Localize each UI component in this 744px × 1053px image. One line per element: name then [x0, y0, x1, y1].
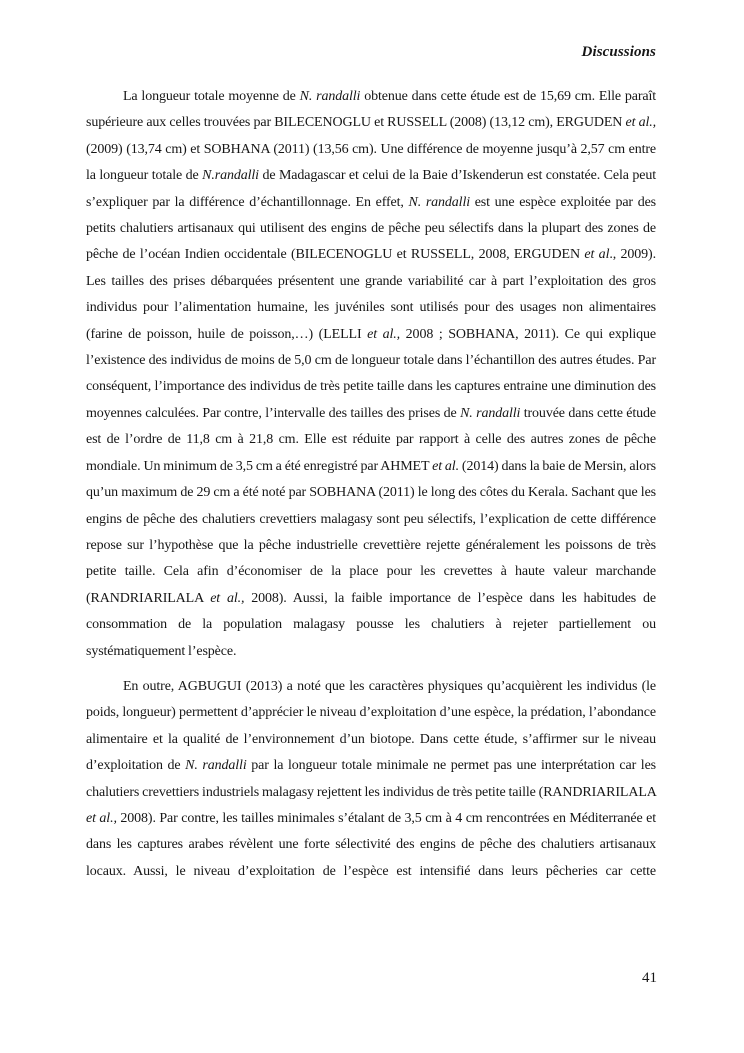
- document-page: Discussions La longueur totale moyenne d…: [0, 0, 744, 1053]
- document-body: La longueur totale moyenne de N. randall…: [86, 84, 656, 885]
- paragraph-exploitation-level: En outre, AGBUGUI (2013) a noté que les …: [86, 674, 656, 885]
- paragraph-mean-total-length: La longueur totale moyenne de N. randall…: [86, 84, 656, 665]
- running-head: Discussions: [86, 44, 656, 61]
- page-number: 41: [86, 970, 657, 987]
